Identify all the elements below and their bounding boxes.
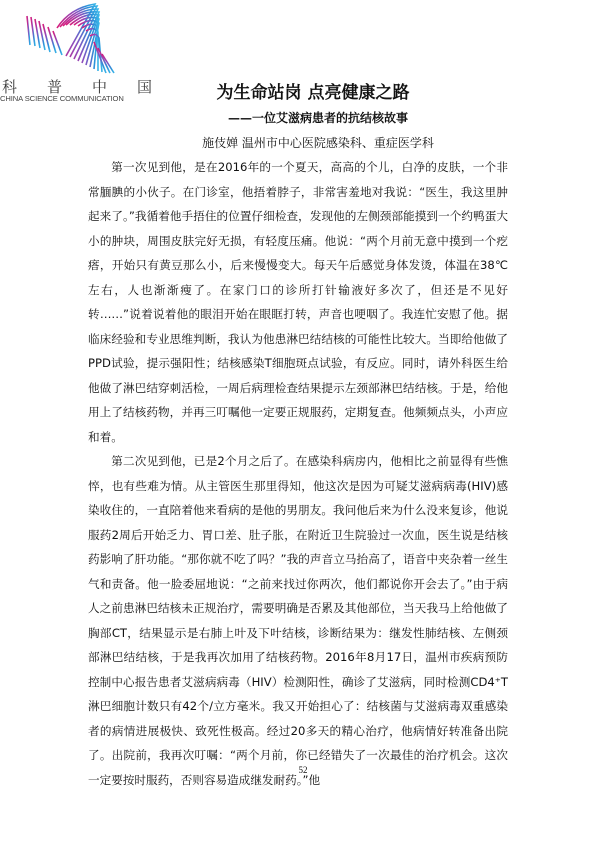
paragraph: 第一次见到他，是在2016年的一个夏天，高高的个儿，白净的皮肤，一个非常腼腆的小… (88, 155, 508, 449)
page-number: 52 (0, 765, 596, 775)
logo-wave-icon (0, 0, 200, 80)
article-subtitle: ——一位艾滋病患者的抗结核故事 (0, 109, 596, 126)
paragraph: 第二次见到他，已是2个月之后了。在感染科病房内，他相比之前显得有些憔悴，也有些难… (88, 449, 508, 792)
article-body: 第一次见到他，是在2016年的一个夏天，高高的个儿，白净的皮肤，一个非常腼腆的小… (88, 155, 508, 792)
article-title: 为生命站岗 点亮健康之路 (0, 78, 596, 103)
article-author: 施伎婵 温州市中心医院感染科、重症医学科 (0, 134, 596, 151)
